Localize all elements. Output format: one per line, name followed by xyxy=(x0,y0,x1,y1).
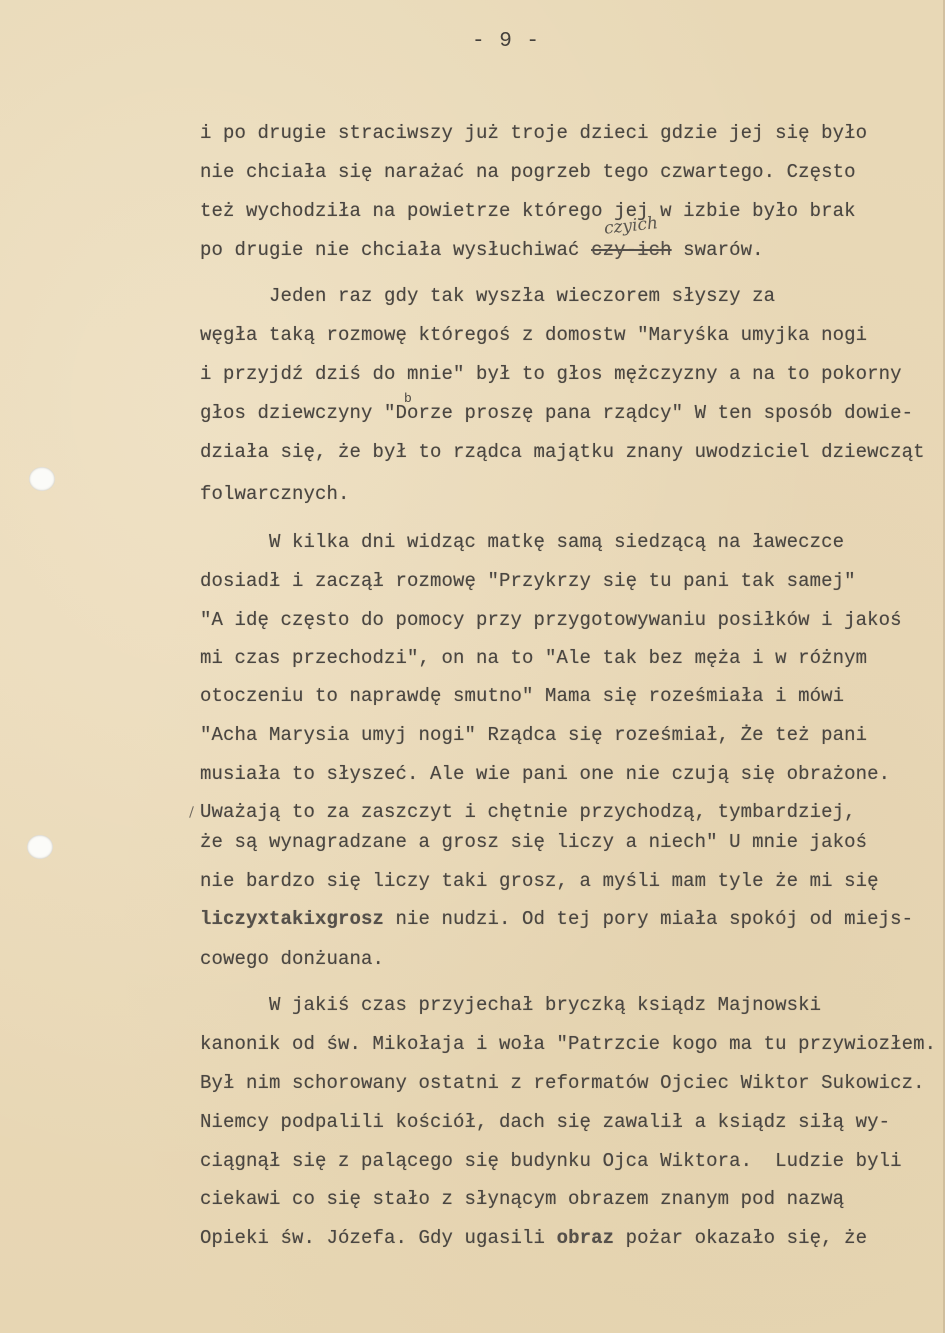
text-line: i po drugie straciwszy już troje dzieci … xyxy=(200,121,867,145)
text-line: cowego donżuana. xyxy=(200,947,384,971)
text-line: "A idę często do pomocy przy przygotowyw… xyxy=(200,608,902,632)
text-line: W kilka dni widząc matkę samą siedzącą n… xyxy=(200,530,844,554)
text-line: nie chciała się narażać na pogrzeb tego … xyxy=(200,160,856,184)
struck-word: czy-ich xyxy=(591,239,672,261)
text-line: nie bardzo się liczy taki grosz, a myśli… xyxy=(200,869,879,893)
inserted-letter: b xyxy=(404,391,412,406)
text-line: ciekawi co się stało z słynącym obrazem … xyxy=(200,1187,844,1211)
text-line: głos dziewczyny "Dorze proszę pana rządc… xyxy=(200,401,913,425)
text-line: i przyjdź dziś do mnie" był to głos mężc… xyxy=(200,362,902,386)
text-line: Opieki św. Józefa. Gdy ugasili obraz poż… xyxy=(200,1226,867,1250)
text-line: po drugie nie chciała wysłuchiwać czy-ic… xyxy=(200,238,764,262)
xed-out-text: obraz xyxy=(557,1227,615,1249)
margin-mark xyxy=(189,806,194,818)
text-line: dosiadł i zaczął rozmowę "Przykrzy się t… xyxy=(200,569,856,593)
line-segment: nie nudzi. Od tej pory miała spokój od m… xyxy=(384,908,913,930)
line-segment: po drugie nie chciała wysłuchiwać xyxy=(200,239,591,261)
text-line: W jakiś czas przyjechał bryczką ksiądz M… xyxy=(200,993,821,1017)
line-segment: Opieki św. Józefa. Gdy ugasili xyxy=(200,1227,557,1249)
text-line: Uważają to za zaszczyt i chętnie przycho… xyxy=(200,800,856,824)
page-number: - 9 - xyxy=(466,30,546,53)
punch-hole-top xyxy=(29,467,55,491)
text-line: Niemcy podpalili kościół, dach się zawal… xyxy=(200,1110,890,1134)
line-segment: pożar okazało się, że xyxy=(614,1227,867,1249)
text-line: że są wynagradzane a grosz się liczy a n… xyxy=(200,830,867,854)
handwritten-correction: czyich xyxy=(603,213,659,239)
text-line: działa się, że był to rządca majątku zna… xyxy=(200,440,925,464)
line-segment: swarów. xyxy=(672,239,764,261)
text-line: mi czas przechodzi", on na to "Ale tak b… xyxy=(200,646,867,670)
text-line: ciągnął się z palącego się budynku Ojca … xyxy=(200,1149,902,1173)
text-line: "Acha Marysia umyj nogi" Rządca się roze… xyxy=(200,723,867,747)
text-line: otoczeniu to naprawdę smutno" Mama się r… xyxy=(200,684,844,708)
text-line: Jeden raz gdy tak wyszła wieczorem słysz… xyxy=(200,284,775,308)
xed-out-text: liczyxtakixgrosz xyxy=(200,908,384,930)
text-line: musiała to słyszeć. Ale wie pani one nie… xyxy=(200,762,890,786)
text-line: kanonik od św. Mikołaja i woła "Patrzcie… xyxy=(200,1032,936,1056)
text-line: liczyxtakixgrosz nie nudzi. Od tej pory … xyxy=(200,907,913,931)
text-line: folwarcznych. xyxy=(200,482,350,506)
text-line: Był nim schorowany ostatni z reformatów … xyxy=(200,1071,925,1095)
text-line: węgła taką rozmowę któregoś z domostw "M… xyxy=(200,323,867,347)
punch-hole-bottom xyxy=(27,835,53,859)
typewritten-page: - 9 - i po drugie straciwszy już troje d… xyxy=(0,0,945,1333)
text-line: też wychodziła na powietrze którego jej … xyxy=(200,199,856,223)
